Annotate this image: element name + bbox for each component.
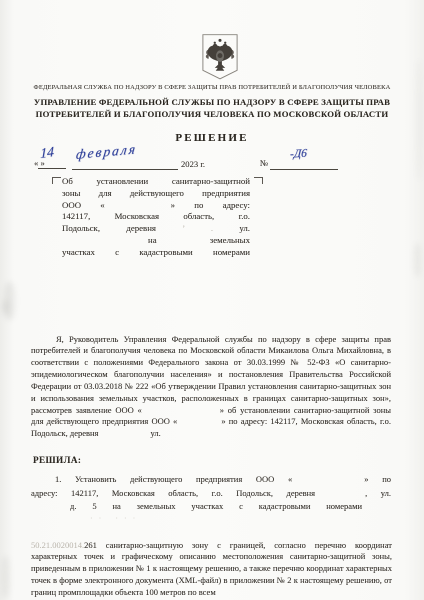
document-page: ФЕДЕРАЛЬНАЯ СЛУЖБА ПО НАДЗОРУ В СФЕРЕ ЗА… <box>0 0 424 600</box>
subject-line: Об установлении санитарно-защитной <box>62 176 250 188</box>
scan-artifact <box>2 300 9 314</box>
resolution-heading: РЕШИЛА: <box>33 455 81 465</box>
agency-name: ФЕДЕРАЛЬНАЯ СЛУЖБА ПО НАДЗОРУ В СФЕРЕ ЗА… <box>20 84 404 91</box>
subject-text: ул. <box>239 223 250 233</box>
scan-artifact <box>416 60 422 180</box>
resolution-item-line: д. 5 на земельных участках с кадастровым… <box>70 501 362 511</box>
scan-artifact <box>1 556 10 598</box>
item-text: » по <box>364 474 391 484</box>
month-blank-line <box>72 169 178 170</box>
redacted-street <box>315 495 365 496</box>
day-blank-line <box>38 168 66 169</box>
corner-mark-right <box>254 177 263 184</box>
dateline: « » 14 февраля 2023 г. № -Д6 <box>0 148 424 176</box>
redacted-street <box>98 435 150 436</box>
subject-text: деревня <box>126 223 156 233</box>
handwritten-number: -Д6 <box>290 147 308 160</box>
resolution-item-line: адресу: 142117, Московская область, г.о.… <box>31 488 391 498</box>
final-paragraph: 50.21.0020014.261 санитарно-защитную зон… <box>31 540 392 600</box>
subject-block: Об установлении санитарно-защитной зоны … <box>62 176 250 259</box>
redacted-street <box>62 242 148 243</box>
redacted-company-name <box>177 423 221 424</box>
body-text: ул. <box>150 428 160 438</box>
coat-of-arms-icon <box>201 33 239 81</box>
redacted-company-name <box>292 481 364 482</box>
handwritten-day: 14 <box>40 145 54 163</box>
scan-artifact <box>414 243 421 277</box>
subject-text: на <box>148 235 157 245</box>
subject-text: ООО « <box>62 200 105 210</box>
redacted-company-name <box>142 412 220 413</box>
body-paragraph: Я, Руководитель Управления Федеральной с… <box>31 334 391 441</box>
erased-text-traces: ’ . <box>182 223 213 233</box>
body-text: Я, Руководитель Управления Федеральной с… <box>31 334 391 415</box>
subject-line: зоны для действующего предприятия <box>62 188 250 200</box>
item-text: 1. Установить действующего предприятия О… <box>55 474 292 484</box>
handwritten-month: февраля <box>75 141 138 163</box>
redacted-company-name <box>105 207 171 208</box>
item-text: адресу: 142117, Московская область, г.о.… <box>31 488 315 498</box>
subject-line: ООО «» по адресу: <box>62 200 250 212</box>
erased-cadastral-numbers: ·· ··· <box>90 514 330 523</box>
number-sign: № <box>260 158 268 168</box>
resolution-item-line: 1. Установить действующего предприятия О… <box>31 474 391 484</box>
subject-text: Подольск, <box>62 223 100 233</box>
corner-mark-left <box>52 177 61 184</box>
subject-line: Подольск, деревня ’ . ул. <box>62 223 250 235</box>
item-text: , ул. <box>365 488 391 498</box>
scanned-decision-document: { "colors": { "ink": "#36322d", "blue_in… <box>0 0 424 600</box>
document-title: РЕШЕНИЕ <box>0 132 424 144</box>
number-blank-line <box>270 169 338 170</box>
erased-cadastral-prefix: 50.21.0020014. <box>31 540 84 550</box>
subject-line: участках с кадастровыми номерами <box>62 247 250 259</box>
department-name: УПРАВЛЕНИЕ ФЕДЕРАЛЬНОЙ СЛУЖБЫ ПО НАДЗОРУ… <box>22 97 402 121</box>
date-year: 2023 г. <box>181 159 205 169</box>
subject-text: земельных <box>210 235 250 245</box>
subject-line: на земельных <box>62 235 250 247</box>
subject-text: » по адресу: <box>171 200 250 210</box>
subject-line: 142117, Московская область, г.о. <box>62 211 250 223</box>
final-text: 261 санитарно-защитную зону с границей, … <box>31 540 392 598</box>
